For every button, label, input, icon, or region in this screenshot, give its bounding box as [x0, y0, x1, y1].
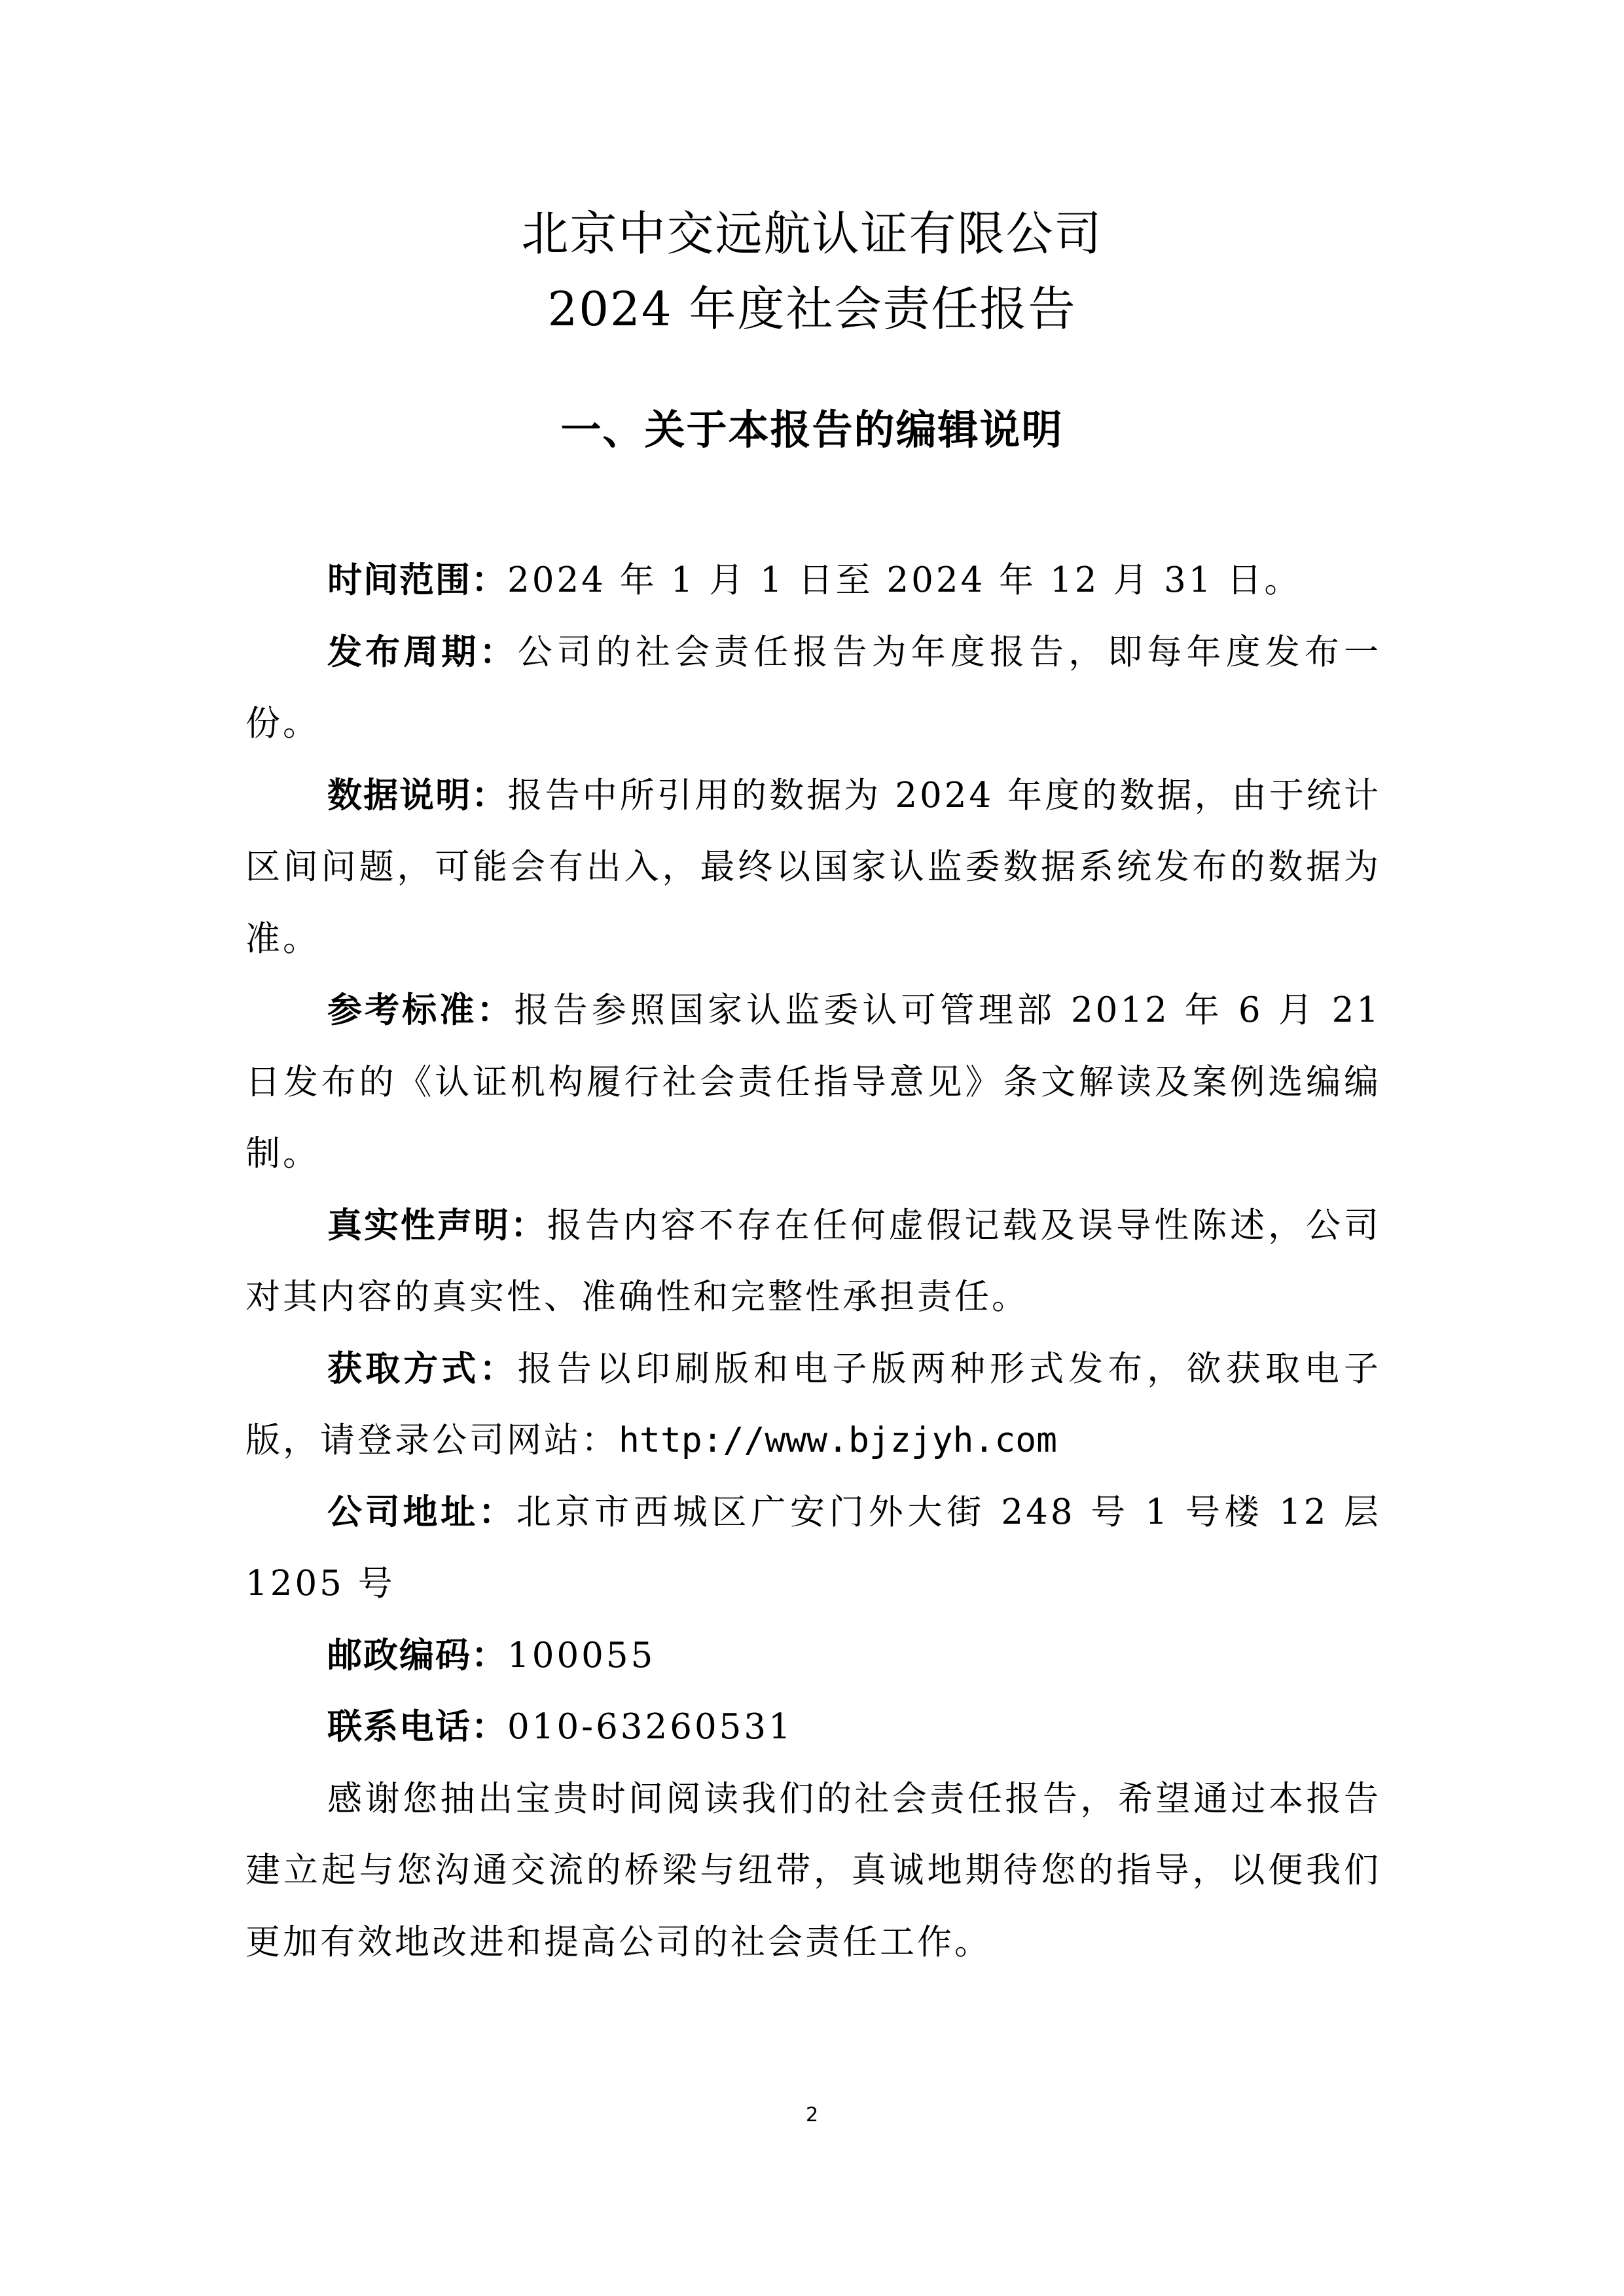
paragraph-label: 公司地址： [327, 1492, 516, 1532]
paragraph-label: 真实性声明： [327, 1206, 547, 1246]
page-number: 2 [0, 2102, 1624, 2128]
paragraph-company-address: 公司地址：北京市西城区广安门外大街 248 号 1 号楼 12 层 1205 号 [245, 1477, 1381, 1620]
paragraph-label: 联系电话： [327, 1707, 507, 1747]
paragraph-text: 010-63260531 [507, 1707, 793, 1747]
paragraph-contact-phone: 联系电话：010-63260531 [245, 1691, 1381, 1763]
company-name-title: 北京中交远航认证有限公司 [0, 196, 1624, 272]
paragraph-label: 参考标准： [327, 990, 514, 1030]
paragraph-text: 2024 年 1 月 1 日至 2024 年 12 月 31 日。 [507, 560, 1301, 600]
document-page: 北京中交远航认证有限公司 2024 年度社会责任报告 一、关于本报告的编辑说明 … [0, 0, 1624, 2296]
paragraph-text: 100055 [507, 1636, 655, 1676]
paragraph-label: 获取方式： [327, 1349, 518, 1389]
report-year-title: 2024 年度社会责任报告 [0, 272, 1624, 347]
paragraph-label: 数据说明： [327, 776, 507, 816]
paragraph-release-cycle: 发布周期：公司的社会责任报告为年度报告，即每年度发布一份。 [245, 617, 1381, 760]
paragraph-label: 时间范围： [327, 560, 507, 600]
paragraph-reference-standard: 参考标准：报告参照国家认监委认可管理部 2012 年 6 月 21 日发布的《认… [245, 975, 1381, 1190]
report-body: 时间范围：2024 年 1 月 1 日至 2024 年 12 月 31 日。 发… [245, 545, 1381, 1978]
paragraph-closing-thanks: 感谢您抽出宝贵时间阅读我们的社会责任报告，希望通过本报告建立起与您沟通交流的桥梁… [245, 1763, 1381, 1979]
company-website-link[interactable]: http://www.bjzjyh.com [619, 1420, 1057, 1460]
paragraph-text: 感谢您抽出宝贵时间阅读我们的社会责任报告，希望通过本报告建立起与您沟通交流的桥梁… [245, 1779, 1381, 1962]
paragraph-postal-code: 邮政编码：100055 [245, 1620, 1381, 1692]
paragraph-label: 邮政编码： [327, 1636, 507, 1676]
paragraph-access-method: 获取方式：报告以印刷版和电子版两种形式发布，欲获取电子版，请登录公司网站：htt… [245, 1333, 1381, 1477]
section-heading: 一、关于本报告的编辑说明 [0, 401, 1624, 459]
paragraph-data-note: 数据说明：报告中所引用的数据为 2024 年度的数据，由于统计区间问题，可能会有… [245, 760, 1381, 975]
paragraph-time-range: 时间范围：2024 年 1 月 1 日至 2024 年 12 月 31 日。 [245, 545, 1381, 617]
report-title: 北京中交远航认证有限公司 2024 年度社会责任报告 [0, 196, 1624, 347]
paragraph-label: 发布周期： [327, 632, 518, 672]
paragraph-authenticity-statement: 真实性声明：报告内容不存在任何虚假记载及误导性陈述，公司对其内容的真实性、准确性… [245, 1190, 1381, 1333]
